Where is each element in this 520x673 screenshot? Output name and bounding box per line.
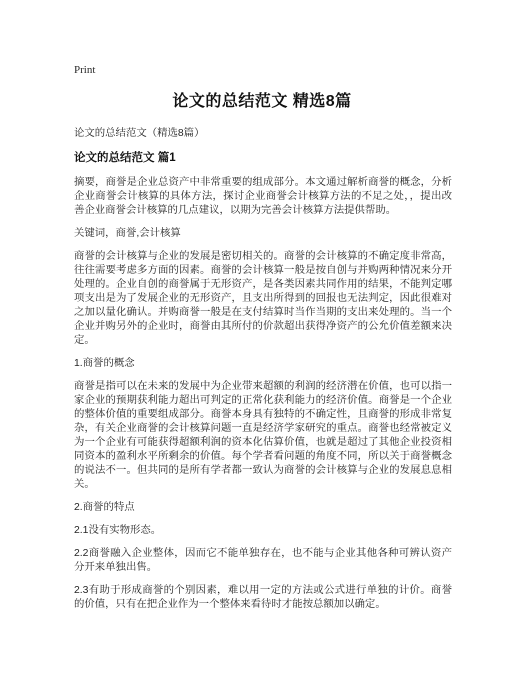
concept-section-heading: 1.商誉的概念 [74, 357, 452, 371]
abstract-paragraph: 摘要，商誉是企业总资产中非常重要的组成部分。本文通过解析商誉的概念，分析企业商誉… [74, 176, 452, 218]
page-title: 论文的总结范文 精选8篇 [74, 92, 450, 112]
article-body: 摘要，商誉是企业总资产中非常重要的组成部分。本文通过解析商誉的概念，分析企业商誉… [74, 176, 452, 612]
print-button[interactable]: Print [74, 64, 95, 77]
features-section-heading: 2.商誉的特点 [74, 501, 452, 515]
keywords-line: 关键词，商誉,会计核算 [74, 227, 452, 241]
document-page: Print 论文的总结范文 精选8篇 论文的总结范文（精选8篇） 论文的总结范文… [0, 0, 520, 673]
feature-item-1: 2.1没有实物形态。 [74, 524, 452, 538]
article-heading: 论文的总结范文 篇1 [74, 151, 450, 166]
feature-item-2: 2.2商誉融入企业整体，因而它不能单独存在，也不能与企业其他各种可辨认资产分开来… [74, 547, 452, 575]
feature-item-3: 2.3有助于形成商誉的个别因素，难以用一定的方法或公式进行单独的计价。商誉的价值… [74, 584, 452, 612]
concept-paragraph: 商誉是指可以在未来的发展中为企业带来超额的利润的经济潜在价值，也可以指一家企业的… [74, 380, 452, 492]
intro-paragraph: 商誉的会计核算与企业的发展是密切相关的。商誉的会计核算的不确定度非常高，往往需要… [74, 250, 452, 348]
document-subtitle: 论文的总结范文（精选8篇） [74, 127, 450, 141]
